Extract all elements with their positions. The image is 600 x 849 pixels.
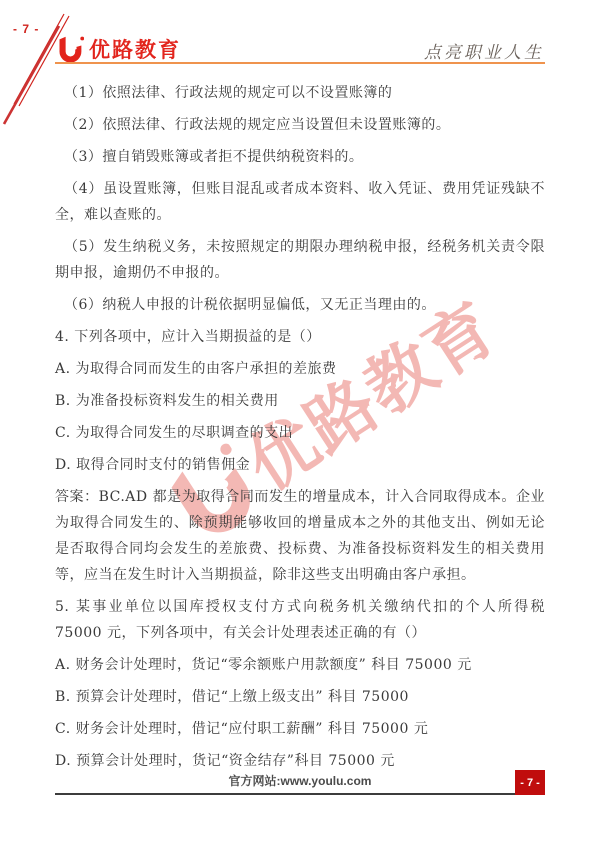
paragraph: （3）擅自销毁账簿或者拒不提供纳税资料的。 (55, 144, 545, 170)
paragraph: （6）纳税人申报的计税依据明显偏低，又无正当理由的。 (55, 292, 545, 318)
document-page: - 7 - 优路教育 点亮职业人生 优路教育 （1）依照法律、行政法规的规定可以… (0, 0, 600, 849)
paragraph: （1）依照法律、行政法规的规定可以不设置账簿的 (55, 80, 545, 106)
paragraph: B. 预算会计处理时，借记“上缴上级支出” 科目 75000 (55, 684, 545, 710)
paragraph: 答案：BC.AD 都是为取得合同而发生的增量成本，计入合同取得成本。企业为取得合… (55, 484, 545, 588)
bottom-page-number: - 7 - (515, 770, 545, 795)
paragraph: 4. 下列各项中，应计入当期损益的是（） (55, 324, 545, 350)
brand-slogan: 点亮职业人生 (424, 38, 544, 63)
document-body: （1）依照法律、行政法规的规定可以不设置账簿的（2）依照法律、行政法规的规定应当… (55, 80, 545, 780)
paragraph: A. 财务会计处理时，货记“零余额账户用款额度” 科目 75000 元 (55, 652, 545, 678)
brand-logo: 优路教育 (56, 34, 181, 64)
top-page-number: - 7 - (13, 22, 39, 36)
paragraph: C. 财务会计处理时，借记“应付职工薪酬” 科目 75000 元 (55, 716, 545, 742)
paragraph: A. 为取得合同而发生的由客户承担的差旅费 (55, 356, 545, 382)
paragraph: B. 为准备投标资料发生的相关费用 (55, 388, 545, 414)
paragraph: D. 预算会计处理时，货记“资金结存”科目 75000 元 (55, 748, 545, 774)
brand-logo-text: 优路教育 (89, 34, 181, 64)
paragraph: （5）发生纳税义务，未按照规定的期限办理纳税申报，经税务机关责令限期申报，逾期仍… (55, 234, 545, 286)
paragraph: C. 为取得合同发生的尽职调查的支出 (55, 420, 545, 446)
paragraph: 5. 某事业单位以国库授权支付方式向税务机关缴纳代扣的个人所得税 75000 元… (55, 594, 545, 646)
paragraph: D. 取得合同时支付的销售佣金 (55, 452, 545, 478)
paragraph: （4）虽设置账簿，但账目混乱或者成本资料、收入凭证、费用凭证残缺不全，难以查账的… (55, 176, 545, 228)
footer-rule (55, 793, 545, 795)
header-rule (55, 62, 545, 64)
youlu-logo-icon (56, 34, 84, 64)
paragraph: （2）依照法律、行政法规的规定应当设置但未设置账簿的。 (55, 112, 545, 138)
